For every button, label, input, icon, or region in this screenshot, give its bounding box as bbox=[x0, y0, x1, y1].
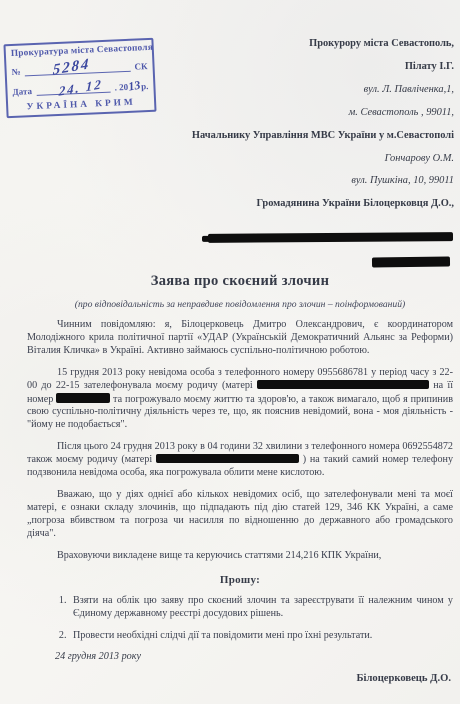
prosecutor-office-stamp: Прокуратура міста Севастополя № 5284 СК … bbox=[3, 38, 156, 118]
paragraph-legal-basis: Враховуючи викладене вище та керуючись с… bbox=[27, 550, 453, 563]
recipient-line: Громадянина України Білоцерковця Д.О., bbox=[149, 199, 454, 209]
stamp-number-suffix: СК bbox=[134, 61, 147, 72]
document-subtitle: (про відповідальність за неправдиве пові… bbox=[27, 299, 453, 310]
request-list: Взяти на облік цю заяву про скоєний злоч… bbox=[69, 594, 453, 642]
paragraph-text: Враховуючи викладене вище та керуючись с… bbox=[57, 550, 381, 561]
stamp-number-blank: 5284 bbox=[24, 61, 130, 77]
paragraph-intro: Чинним повідомляю: я, Білоцерковець Дмит… bbox=[27, 319, 453, 358]
document-date: 24 грудня 2013 року bbox=[55, 651, 453, 662]
recipients-block: Прокурору міста Севастополь, Пілату І.Г.… bbox=[149, 39, 454, 222]
paragraph-text: Чинним повідомляю: я, Білоцерковець Дмит… bbox=[27, 319, 453, 356]
request-item: Провести необхідні слідчі дії та повідом… bbox=[69, 629, 453, 642]
recipient-line: м. Севастополь , 99011, bbox=[149, 108, 454, 118]
stamp-region-label: УКРАЇНА КРИМ bbox=[13, 97, 149, 113]
stamp-date-label: Дата bbox=[12, 86, 32, 97]
recipient-line: вул. Пушкіна, 10, 99011 bbox=[149, 176, 454, 186]
redaction-bar bbox=[257, 380, 429, 389]
scanned-document-page: Прокуратура міста Севастополя № 5284 СК … bbox=[0, 0, 460, 704]
stamp-year-prefix: . 20 bbox=[114, 82, 128, 93]
paragraph-first-incident: 15 грудня 2013 року невідома особа з тел… bbox=[27, 367, 453, 433]
recipient-line: Гончарову О.М. bbox=[149, 154, 454, 164]
recipient-line: Начальнику Управління МВС України у м.Се… bbox=[149, 131, 454, 141]
redaction-bar bbox=[372, 256, 450, 267]
redaction-bar bbox=[56, 393, 110, 403]
stamp-title: Прокуратура міста Севастополя bbox=[11, 43, 147, 59]
stamp-year-suffix: р. bbox=[141, 81, 149, 91]
request-item: Взяти на облік цю заяву про скоєний злоч… bbox=[69, 594, 453, 620]
redaction-bar bbox=[208, 232, 453, 243]
paragraph-legal-qualification: Вважаю, що у діях однієї або кількох нев… bbox=[27, 489, 453, 541]
document-body: Заява про скоєний злочин (про відповідал… bbox=[27, 273, 453, 684]
paragraph-second-incident: Після цього 24 грудня 2013 року в 04 год… bbox=[27, 441, 453, 480]
recipient-line: Прокурору міста Севастополь, bbox=[149, 39, 454, 49]
paragraph-text: Вважаю, що у діях однієї або кількох нев… bbox=[27, 489, 453, 539]
redaction-bar bbox=[156, 454, 299, 463]
handwritten-date: 24. 12 bbox=[58, 76, 103, 100]
stamp-number-row: № 5284 СК bbox=[11, 60, 147, 77]
document-title: Заява про скоєний злочин bbox=[27, 273, 453, 290]
stamp-number-label: № bbox=[11, 67, 20, 77]
request-heading: Прошу: bbox=[27, 574, 453, 586]
recipient-line: вул. Л. Павліченка,1, bbox=[149, 85, 454, 95]
stamp-date-blank: 24. 12 bbox=[36, 82, 111, 96]
recipient-line: Пілату І.Г. bbox=[149, 62, 454, 72]
handwritten-year: 13 bbox=[127, 78, 142, 95]
handwritten-case-number: 5284 bbox=[52, 56, 90, 80]
signature-name: Білоцерковець Д.О. bbox=[27, 673, 453, 684]
stamp-date-row: Дата 24. 12 . 20 13 р. bbox=[12, 78, 148, 97]
